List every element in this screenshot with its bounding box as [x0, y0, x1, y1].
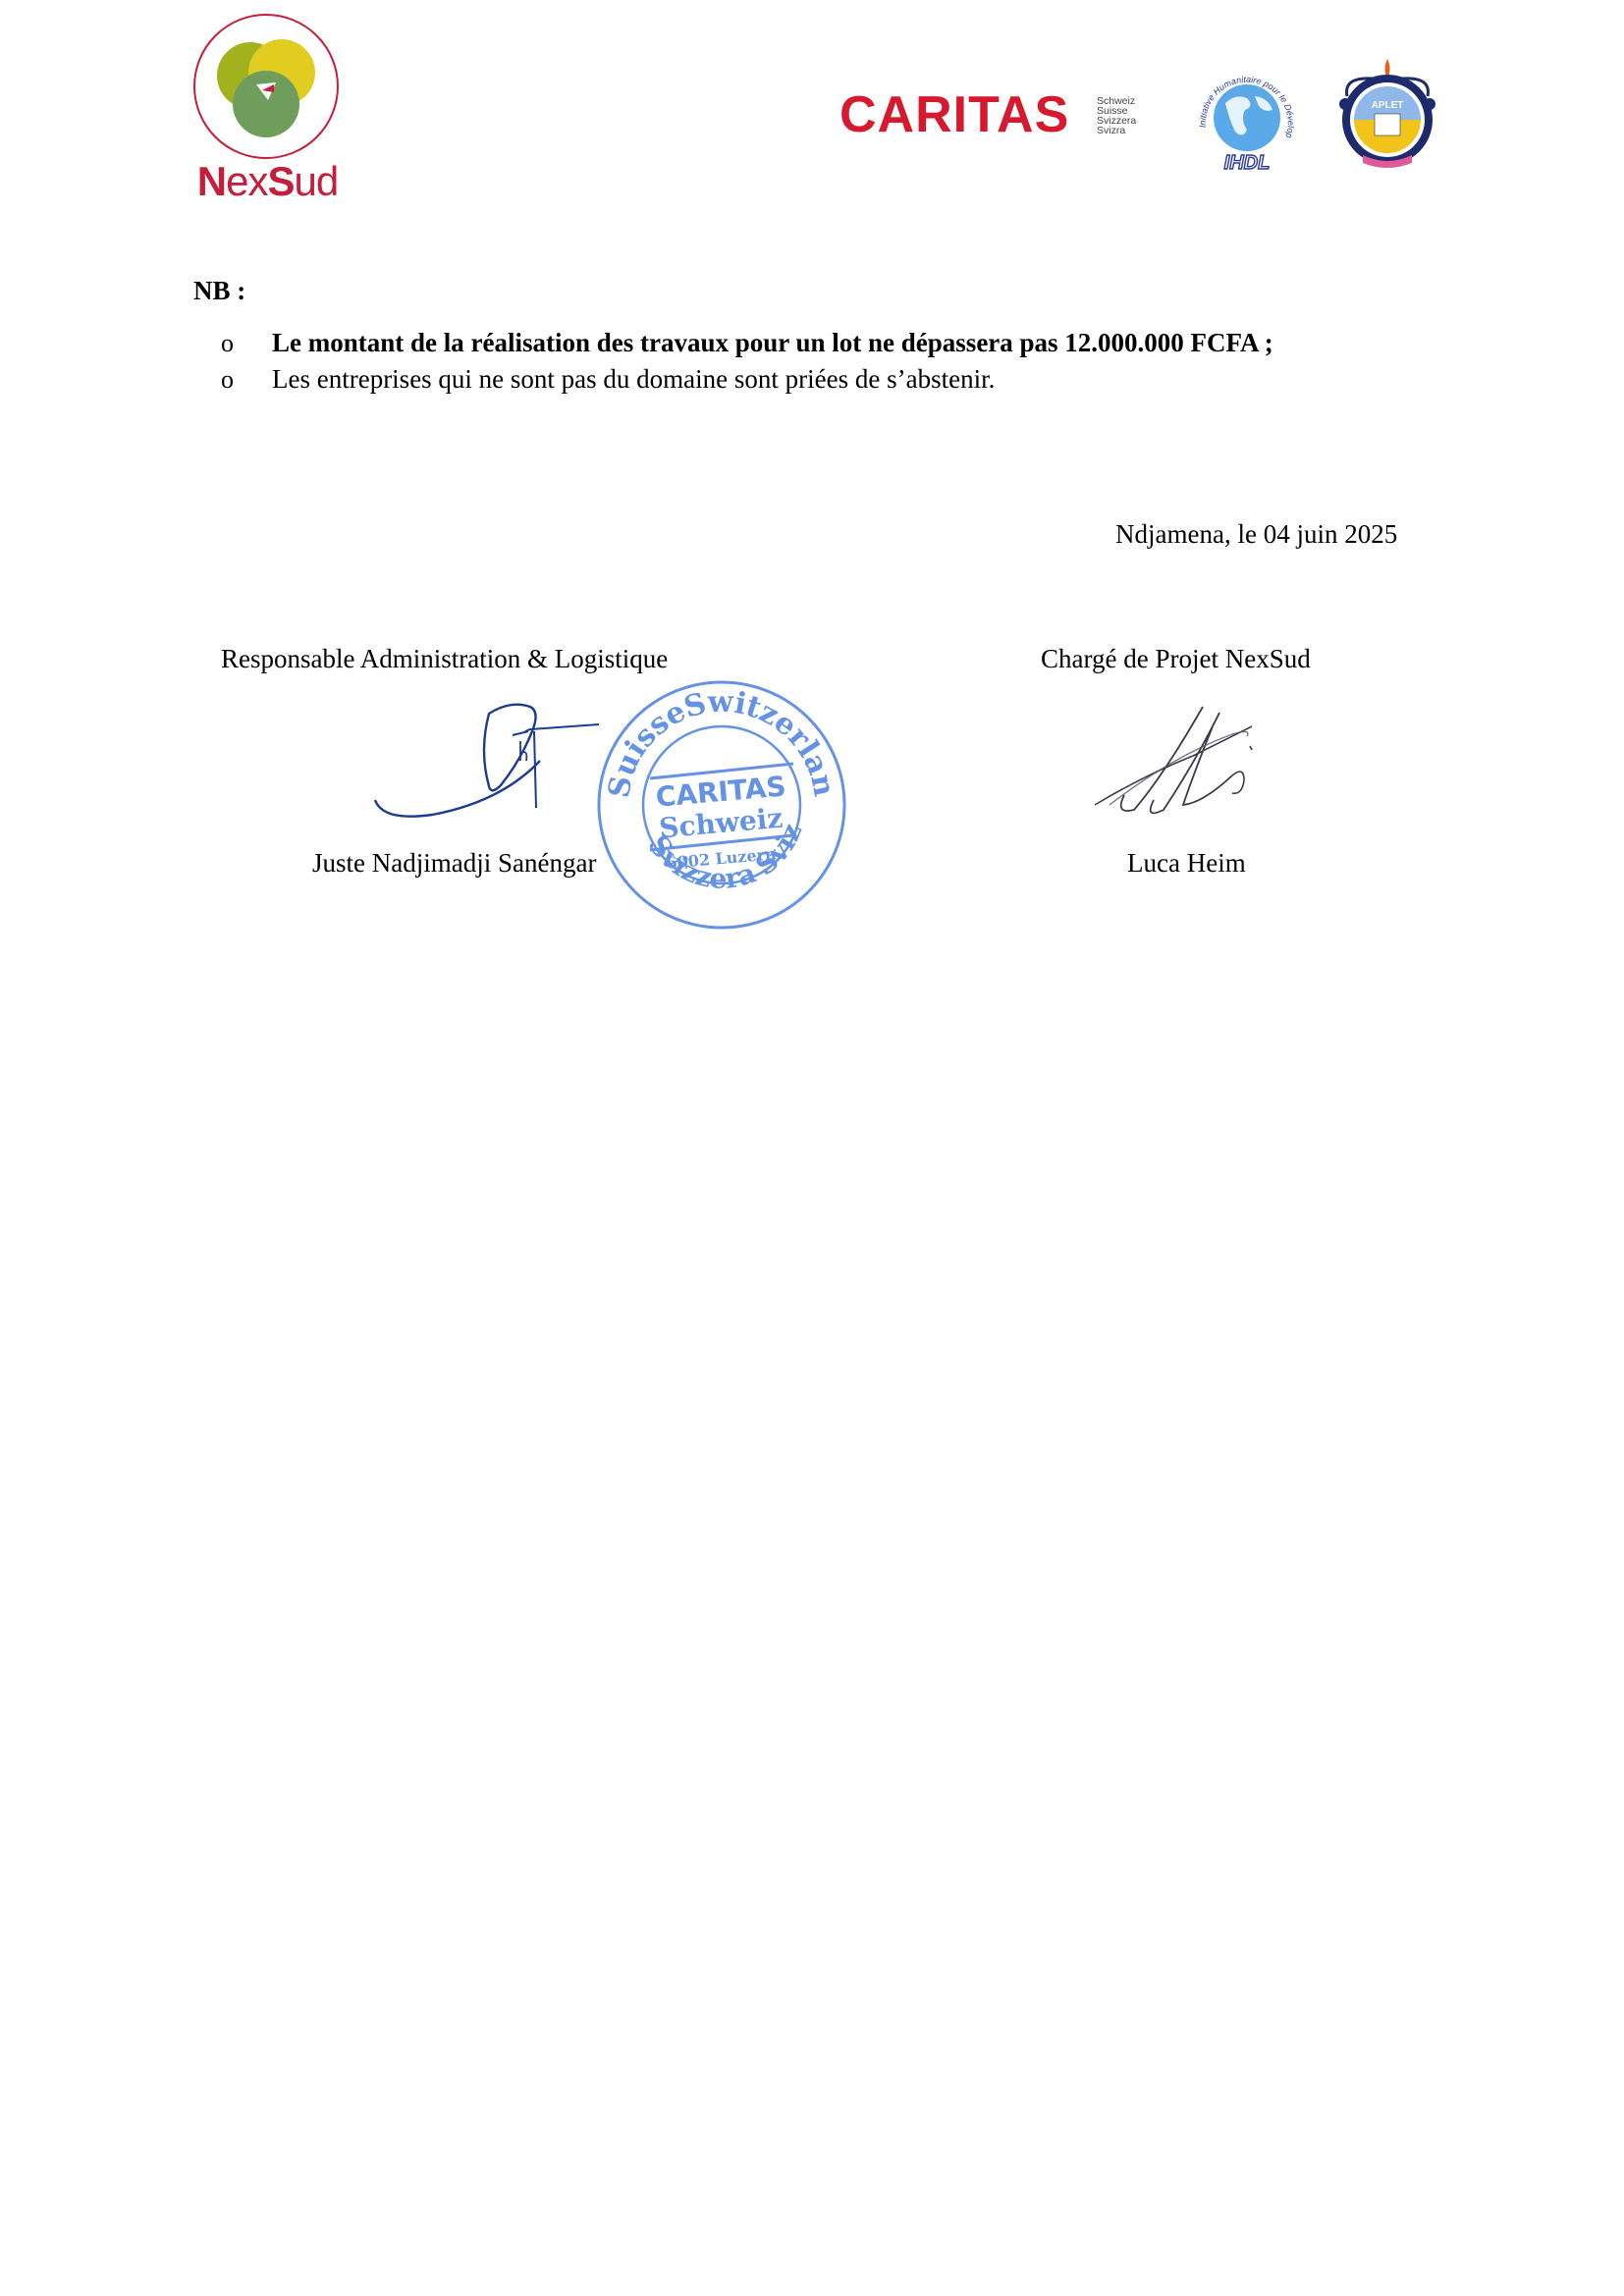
globe-icon: Initiative Humanitaire pour le Développe…: [1186, 59, 1304, 177]
nexsud-wordmark: NexSud: [191, 159, 344, 204]
nexsud-logo: NexSud: [191, 12, 344, 198]
signatory-left-role: Responsable Administration & Logistique: [221, 642, 668, 675]
nexsud-circles-icon: [191, 12, 339, 159]
date-line: Ndjamena, le 04 juin 2025: [1115, 517, 1397, 551]
caritas-stamp: Suisse Switzerland Svizzera Svizra CARIT…: [589, 675, 854, 935]
note-list: o Le montant de la réalisation des trava…: [221, 325, 1497, 398]
aplet-logo: APLET: [1333, 57, 1441, 175]
note-item: o Le montant de la réalisation des trava…: [221, 325, 1497, 361]
note-item: o Les entreprises qui ne sont pas du dom…: [221, 361, 1497, 398]
caritas-languages: Schweiz Suisse Svizzera Svizra: [1097, 96, 1136, 135]
handwritten-signature-icon: [1085, 687, 1301, 825]
signatory-right-name: Luca Heim: [1127, 846, 1246, 880]
aplet-emblem-icon: APLET: [1333, 57, 1441, 175]
signature-left: [363, 692, 619, 829]
note-item-text: Le montant de la réalisation des travaux…: [272, 325, 1273, 360]
svg-text:IHDL: IHDL: [1224, 152, 1271, 174]
note-title: NB :: [193, 274, 245, 307]
note-item-text: Les entreprises qui ne sont pas du domai…: [272, 361, 995, 397]
caritas-wordmark: CARITAS: [839, 86, 1069, 143]
handwritten-signature-icon: [363, 692, 619, 829]
caritas-logo: CARITAS Schweiz Suisse Svizzera Svizra: [839, 86, 1154, 145]
signatory-left-name: Juste Nadjimadji Sanéngar: [312, 846, 596, 880]
bullet-circle-icon: o: [221, 326, 272, 361]
svg-text:APLET: APLET: [1372, 100, 1404, 111]
ihdl-logo: Initiative Humanitaire pour le Développe…: [1186, 59, 1304, 177]
official-stamp-icon: Suisse Switzerland Svizzera Svizra CARIT…: [589, 675, 854, 935]
signatory-right-role: Chargé de Projet NexSud: [1041, 642, 1311, 675]
bullet-circle-icon: o: [221, 362, 272, 398]
signature-right: [1085, 687, 1301, 825]
